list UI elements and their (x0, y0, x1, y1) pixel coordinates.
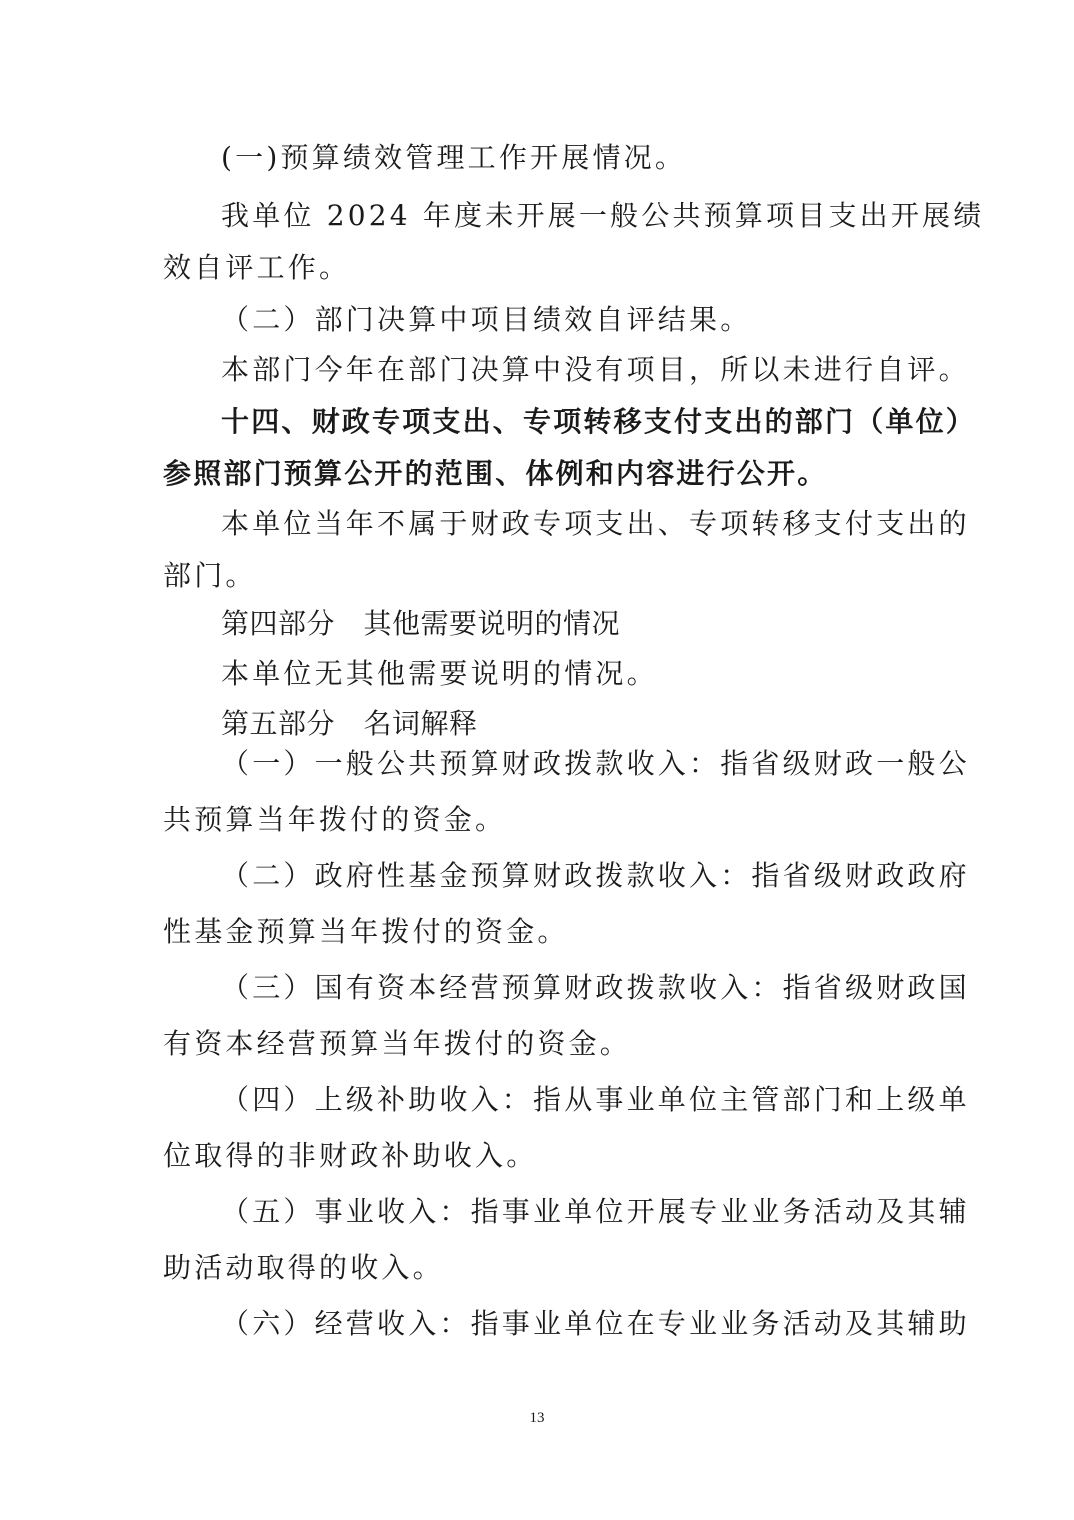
definition-line: 共预算当年拨付的资金。 (163, 802, 913, 838)
document-page: (一)预算绩效管理工作开展情况。 我单位 2024 年度未开展一般公共预算项目支… (0, 0, 1074, 1520)
part-five-heading: 第五部分 名词解释 (221, 706, 971, 742)
paragraph-line: 本单位当年不属于财政专项支出、专项转移支付支出的 (221, 506, 913, 542)
definition-line: （五）事业收入：指事业单位开展专业业务活动及其辅 (221, 1194, 913, 1230)
subsection-heading-self-evaluation: （二）部门决算中项目绩效自评结果。 (221, 302, 971, 338)
part-four-heading: 第四部分 其他需要说明的情况 (221, 606, 971, 642)
definition-line: 有资本经营预算当年拨付的资金。 (163, 1026, 913, 1062)
paragraph-line: 部门。 (163, 558, 913, 594)
definition-line: （六）经营收入：指事业单位在专业业务活动及其辅助 (221, 1306, 913, 1342)
definition-line: （一）一般公共预算财政拨款收入：指省级财政一般公 (221, 746, 913, 782)
definition-line: 助活动取得的收入。 (163, 1250, 913, 1286)
section-heading-fourteen: 十四、财政专项支出、专项转移支付支出的部门（单位） (221, 404, 913, 440)
page-number: 13 (0, 1410, 1074, 1427)
definition-line: （三）国有资本经营预算财政拨款收入：指省级财政国 (221, 970, 913, 1006)
subsection-heading-performance-management: (一)预算绩效管理工作开展情况。 (221, 140, 971, 176)
paragraph-line: 我单位 2024 年度未开展一般公共预算项目支出开展绩 (221, 198, 913, 234)
paragraph-line: 效自评工作。 (163, 250, 913, 286)
definition-line: （四）上级补助收入：指从事业单位主管部门和上级单 (221, 1082, 913, 1118)
definition-line: 性基金预算当年拨付的资金。 (163, 914, 913, 950)
paragraph-line: 本部门今年在部门决算中没有项目，所以未进行自评。 (221, 352, 913, 388)
section-heading-fourteen-cont: 参照部门预算公开的范围、体例和内容进行公开。 (163, 456, 913, 492)
definition-line: （二）政府性基金预算财政拨款收入：指省级财政政府 (221, 858, 913, 894)
definition-line: 位取得的非财政补助收入。 (163, 1138, 913, 1174)
paragraph-line: 本单位无其他需要说明的情况。 (221, 656, 971, 692)
